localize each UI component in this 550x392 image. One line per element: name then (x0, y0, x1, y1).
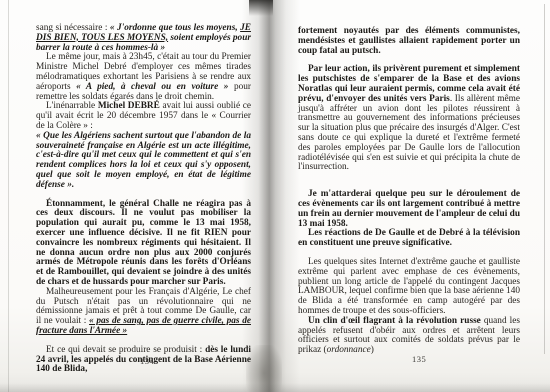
left-page-text: sang si nécessaire : « J'ordonne que tou… (36, 24, 251, 375)
text-run: Les réactions de De Gaulle et de Debré à… (298, 228, 520, 248)
text-run: Un clin d'œil flagrant à la révolution r… (308, 316, 481, 326)
text-run: « Que les Algériens sachent surtout que … (36, 131, 251, 190)
right-page-number: 135 (412, 354, 426, 364)
text-run: Étonnamment, le général Challe ne réagir… (36, 199, 251, 287)
paragraph: Étonnamment, le général Challe ne réagir… (36, 200, 251, 288)
text-run: Les quelques sites Internet d'extrême ga… (298, 257, 520, 316)
paragraph: Par leur action, ils privèrent purement … (298, 65, 520, 173)
right-page-text: fortement noyautés par des éléments comm… (298, 27, 520, 356)
text-run: « J'ordonne que tous les moyens, (110, 23, 240, 33)
text-run: sang si nécessaire : (36, 23, 110, 33)
text-run: Je m'attarderai quelque peu sur le dérou… (298, 189, 520, 228)
text-run: fortement noyautés par des éléments comm… (298, 26, 520, 56)
paragraph: Les réactions de De Gaulle et de Debré à… (298, 229, 520, 249)
left-page-number: 134 (140, 356, 154, 366)
paragraph: L'inénarrable Michel DEBRÉ avait lui aus… (36, 102, 251, 131)
text-run: « A pied, à cheval ou en voiture » (76, 82, 228, 92)
paragraph: Je m'attarderai quelque peu sur le dérou… (298, 190, 520, 229)
paragraph: Les quelques sites Internet d'extrême ga… (298, 258, 520, 317)
book-gutter-shadow (242, 0, 300, 392)
paragraph: Un clin d'œil flagrant à la révolution r… (298, 317, 520, 356)
text-run: Et ce qui devait se produire se produisi… (46, 345, 205, 355)
paragraph: sang si nécessaire : « J'ordonne que tou… (36, 24, 251, 53)
text-run: ordonnance (327, 345, 371, 355)
text-run: ) (371, 345, 374, 355)
paragraph: fortement noyautés par des éléments comm… (298, 27, 520, 56)
text-run: L'inénarrable (46, 101, 98, 111)
paragraph: Malheureusement pour les Français d'Algé… (36, 288, 251, 337)
book-gutter-top-shadow (249, 0, 273, 16)
paragraph: Le même jour, mais à 23h45, c'était au t… (36, 53, 251, 102)
photo-bottom-shadow (0, 383, 550, 392)
book-photo-background: sang si nécessaire : « J'ordonne que tou… (0, 0, 550, 392)
paragraph: « Que les Algériens sachent surtout que … (36, 132, 251, 191)
text-run: Michel DEBRÉ (98, 101, 160, 111)
text-run: . Ils allèrent même jusqu'à affréter un … (298, 94, 520, 173)
photo-left-edge-line (8, 0, 9, 392)
right-page-outer-edge (544, 4, 545, 354)
